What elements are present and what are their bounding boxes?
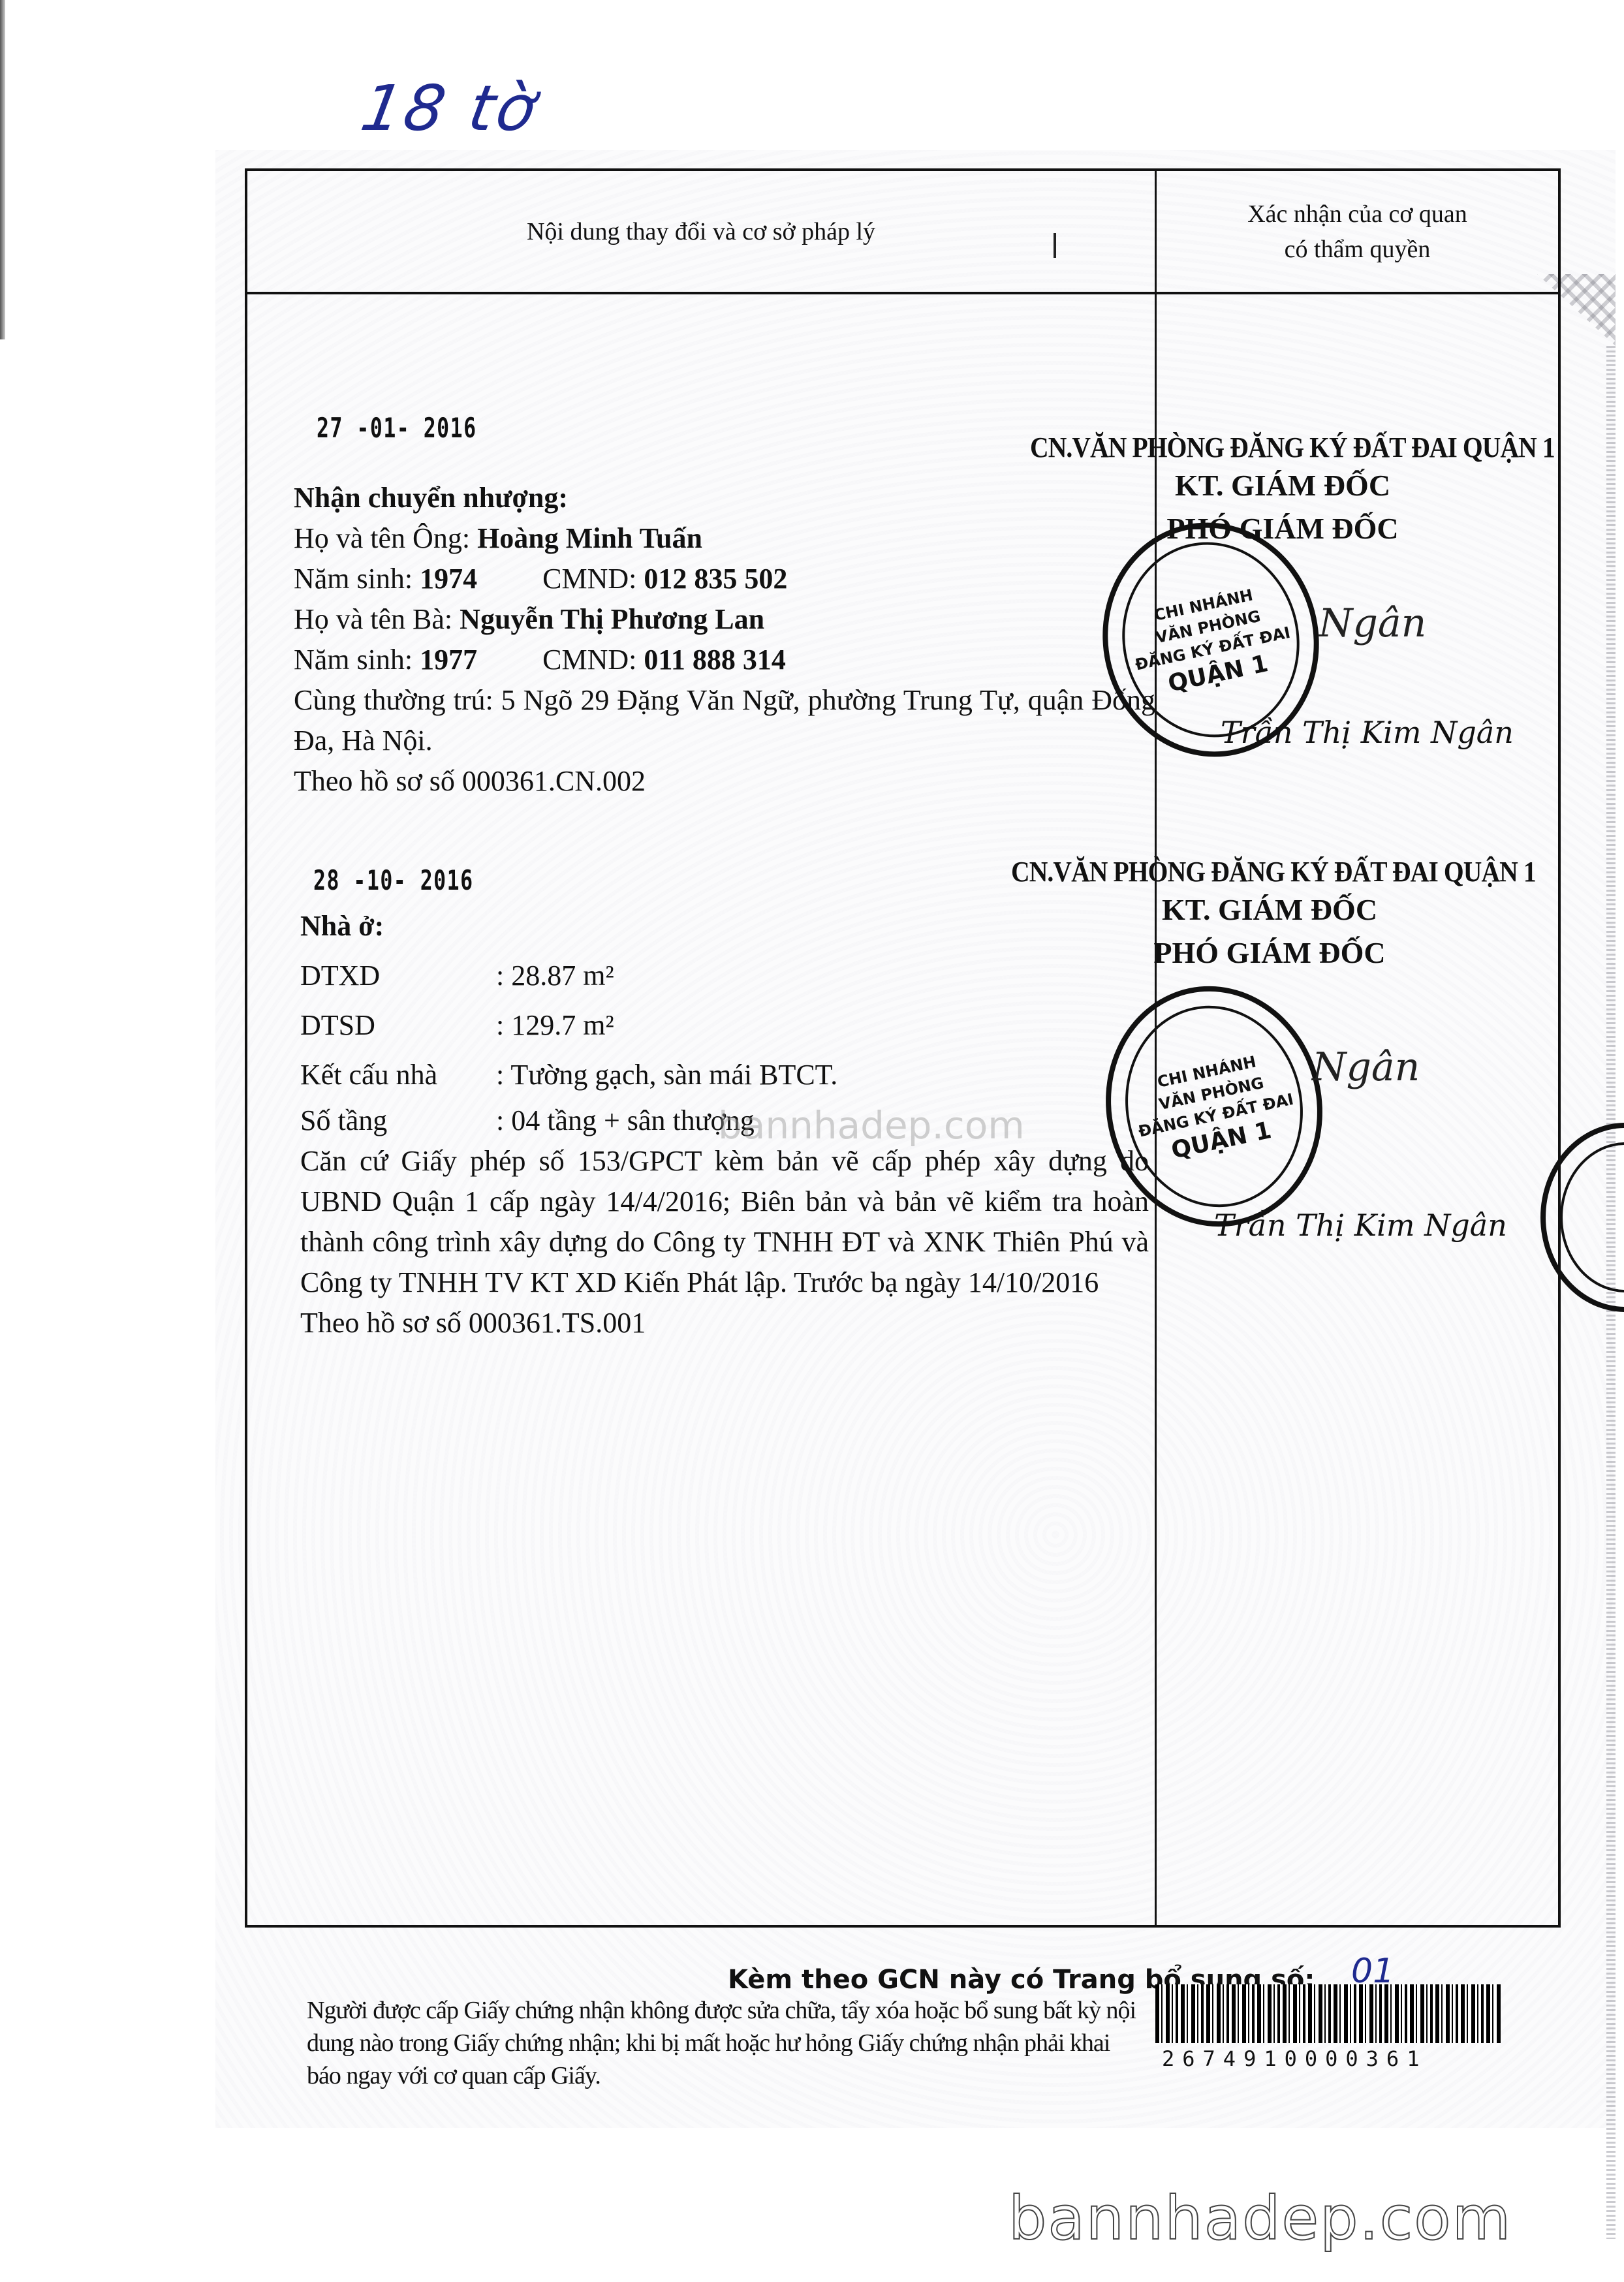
entry-date: 28 -10- 2016 [313,860,474,901]
authority-block-2: CN.VĂN PHÒNG ĐĂNG KÝ ĐẤT ĐAI QUẬN 1 KT. … [982,855,1557,975]
husband-name: Hoàng Minh Tuấn [477,522,702,554]
scan-edge [0,0,5,339]
file-reference: Theo hồ sơ số 000361.CN.002 [294,761,1155,802]
husband-id: 012 835 502 [644,563,787,595]
wife-name: Nguyễn Thị Phương Lan [460,603,764,635]
address: Cùng thường trú: 5 Ngõ 29 Đặng Văn Ngữ, … [294,680,1155,761]
authority-subtitle: PHÓ GIÁM ĐỐC [1002,507,1563,550]
column-header-authority: Xác nhận của cơ quan có thẩm quyền [1157,171,1558,292]
wife-id: 011 888 314 [644,644,786,676]
header-line-2: có thẩm quyền [1285,232,1431,267]
entry-date: 27 -01- 2016 [317,408,477,448]
authority-block-1: CN.VĂN PHÒNG ĐĂNG KÝ ĐẤT ĐAI QUẬN 1 KT. … [1002,431,1563,550]
header-divider [247,292,1558,294]
stray-mark [1054,233,1056,258]
signer-name: Trần Thị Kim Ngân [1214,1208,1507,1243]
wife-birth-year: 1977 [420,644,477,676]
signature: Ngân [1319,601,1426,646]
authority-title: KT. GIÁM ĐỐC [1002,464,1563,507]
office-name: CN.VĂN PHÒNG ĐĂNG KÝ ĐẤT ĐAI QUẬN 1 [1030,431,1535,464]
husband-birth-year: 1974 [420,563,477,595]
handwritten-page-note: 18 tờ [356,72,544,145]
legal-basis: Căn cứ Giấy phép số 153/GPCT kèm bản vẽ … [300,1141,1149,1303]
barcode [1155,1984,1501,2043]
field-row: DTSD: 129.7 m² [300,1005,1149,1046]
signer-name: Trần Thị Kim Ngân [1221,715,1514,750]
authority-subtitle: PHÓ GIÁM ĐỐC [982,931,1557,975]
holder-notice: Người được cấp Giấy chứng nhận không đượ… [307,1994,1142,2092]
husband-birth-row: Năm sinh: 1974CMND: 012 835 502 [294,559,1155,599]
inline-watermark: bannhadep.com [718,1103,1025,1148]
wife-row: Họ và tên Bà: Nguyễn Thị Phương Lan [294,599,1155,640]
wife-birth-row: Năm sinh: 1977CMND: 011 888 314 [294,640,1155,680]
office-name: CN.VĂN PHÒNG ĐĂNG KÝ ĐẤT ĐAI QUẬN 1 [1011,855,1528,888]
header-line-1: Xác nhận của cơ quan [1247,196,1467,232]
authority-title: KT. GIÁM ĐỐC [982,888,1557,931]
barcode-number: 2674910000361 [1162,2046,1427,2071]
site-watermark: bannhadep.com [1008,2183,1512,2253]
field-row: Kết cấu nhà: Tường gạch, sàn mái BTCT. [300,1055,1149,1095]
signature: Ngân [1312,1044,1420,1090]
file-reference: Theo hồ sơ số 000361.TS.001 [300,1303,1149,1343]
column-header-changes: Nội dung thay đổi và cơ sở pháp lý [247,171,1155,292]
